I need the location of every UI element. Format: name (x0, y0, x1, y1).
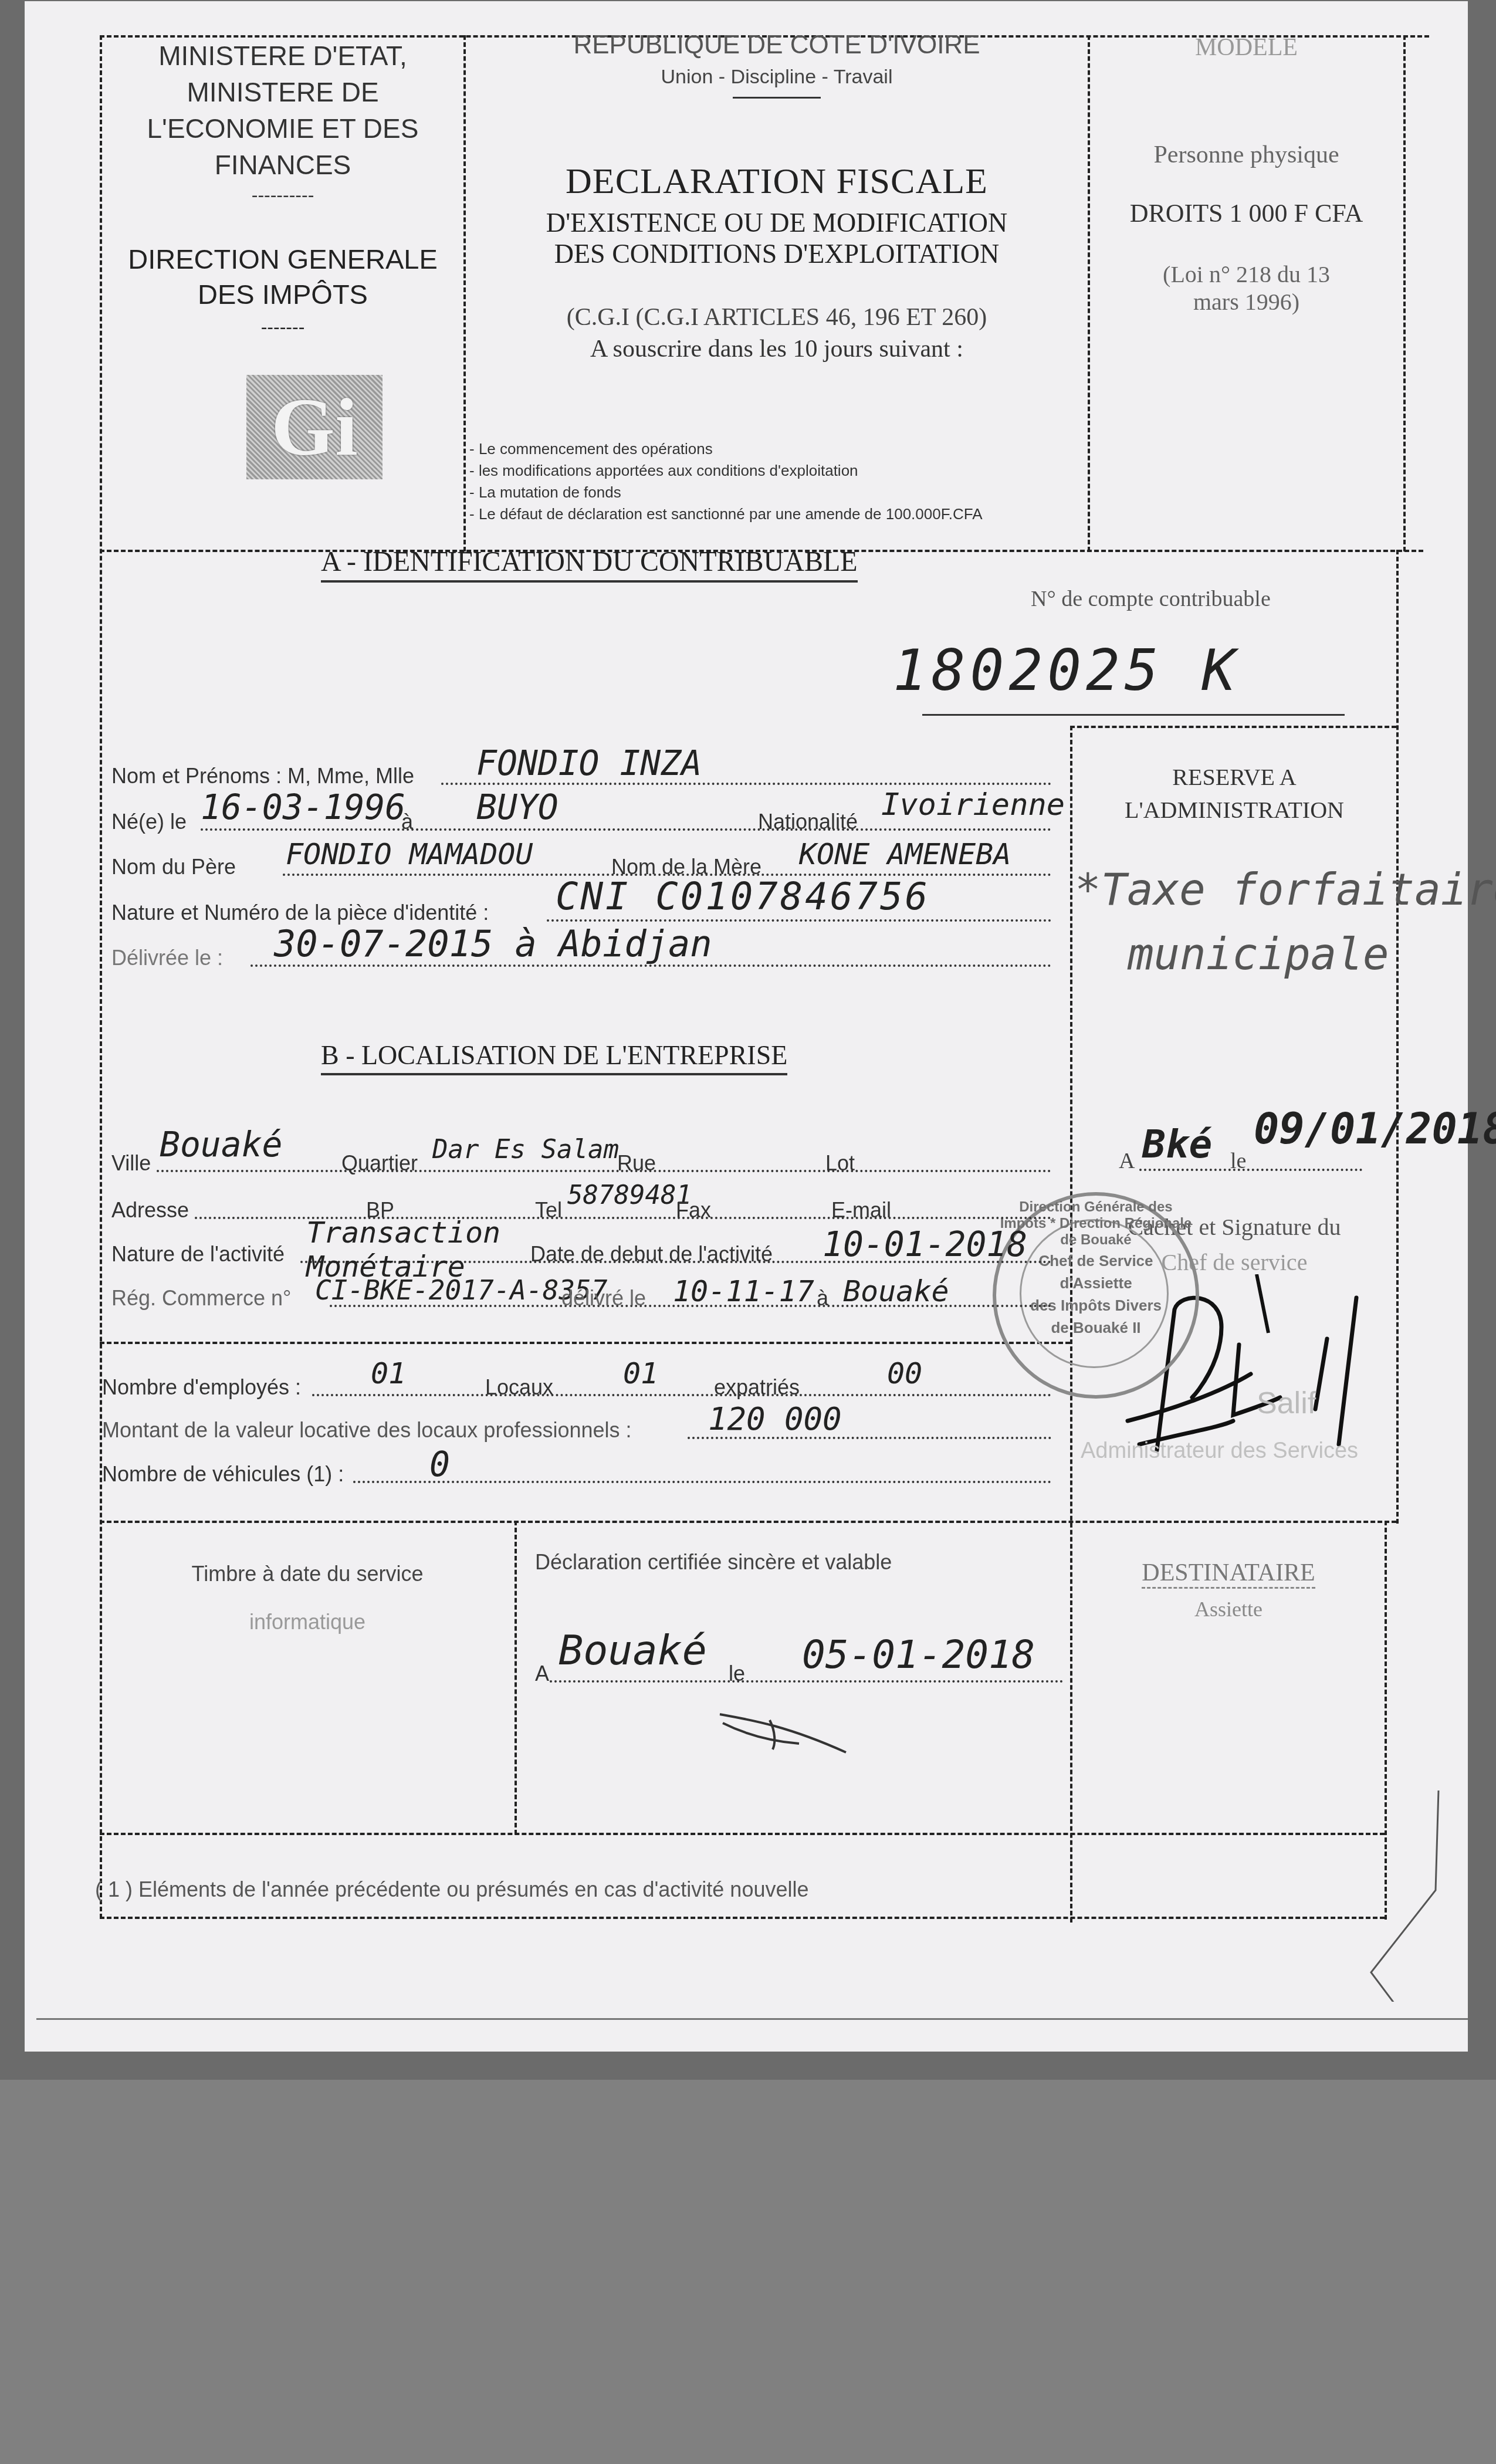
vehicles-field[interactable]: 0 (429, 1444, 450, 1484)
title-block: DECLARATION FISCALE D'EXISTENCE OU DE MO… (466, 161, 1088, 363)
stamp-line-4: de Bouaké II (1020, 1316, 1172, 1339)
signing-place-field[interactable]: Bouaké (559, 1626, 707, 1674)
footer-divider (515, 1521, 517, 1835)
date-stamp-box: Timbre à date du service informatique (102, 1550, 513, 1646)
rent-value-field[interactable]: 120 000 (708, 1400, 842, 1437)
vehicles-label: Nombre de véhicules (1) : (102, 1462, 344, 1487)
rc-issued-label: délivré le (561, 1286, 646, 1311)
address-label: Adresse (111, 1198, 189, 1223)
cgi-articles: (C.G.I (C.G.I ARTICLES 46, 196 ET 260) (466, 303, 1088, 331)
admin-note-line-2: municipale (1075, 922, 1496, 987)
signing-date-label: le (729, 1661, 745, 1686)
admin-date-label: le (1230, 1148, 1246, 1174)
date-stamp-label-1: Timbre à date du service (102, 1550, 513, 1598)
stamp-line-2: d'Assiette (1020, 1272, 1172, 1294)
rc-place-label: à (817, 1286, 828, 1311)
activity-line-1: Transaction (306, 1216, 500, 1250)
birth-date-label: Né(e) le (111, 810, 187, 834)
activity-field[interactable]: Transaction Monétaire (306, 1216, 500, 1284)
employees-label: Nombre d'employés : (102, 1375, 301, 1400)
fax-label: Fax (676, 1198, 711, 1223)
section-b-title: B - LOCALISATION DE L'ENTREPRISE (321, 1040, 787, 1075)
section-c-top (100, 1342, 1070, 1344)
nationality-label: Nationalité (758, 810, 858, 834)
filing-reasons-list: - Le commencement des opérations - les m… (469, 438, 1091, 525)
signing-dotted-line (550, 1680, 1063, 1683)
tel-label: Tel (535, 1198, 562, 1223)
person-type: Personne physique (1089, 141, 1403, 169)
id-issued-label: Délivrée le : (111, 946, 223, 970)
direction-line-2: DES IMPÔTS (104, 277, 462, 312)
street-label: Rue (617, 1151, 656, 1176)
account-number-value[interactable]: 1802025 K (893, 638, 1240, 703)
ministry-line-2: MINISTERE DE (104, 74, 462, 110)
name-field[interactable]: FONDIO INZA (476, 743, 702, 783)
law-reference-1: (Loi n° 218 du 13 (1089, 260, 1403, 288)
header-right-line (1403, 35, 1406, 551)
id-dotted-line (547, 919, 1051, 922)
admin-title-line-1: RESERVE A (1072, 761, 1396, 794)
form-subtitle-1: D'EXISTENCE OU DE MODIFICATION (466, 207, 1088, 238)
admin-box-title: RESERVE A L'ADMINISTRATION (1072, 761, 1396, 827)
expats-field[interactable]: 00 (887, 1356, 922, 1390)
admin-place-label: A (1119, 1148, 1135, 1174)
ministry-separator: ---------- (104, 183, 462, 207)
admin-date-field[interactable]: 09/01/2018 (1254, 1104, 1496, 1153)
official-stamp: Direction Générale des Impôts * Directio… (993, 1192, 1199, 1399)
employees-row-dotted-line (312, 1394, 1051, 1396)
rc-place-field[interactable]: Bouaké (843, 1274, 949, 1308)
account-number-label: N° de compte contribuable (1031, 586, 1271, 612)
trade-register-label: Rég. Commerce n° (111, 1286, 292, 1311)
father-name-label: Nom du Père (111, 855, 236, 879)
filing-deadline: A souscrire dans les 10 jours suivant : (466, 335, 1088, 363)
birth-dotted-line (201, 828, 1051, 831)
father-name-field[interactable]: FONDIO MAMADOU (286, 837, 533, 871)
birth-place-label: à (401, 810, 413, 834)
id-document-field[interactable]: CNI C0107846756 (556, 875, 930, 919)
admin-title-line-2: L'ADMINISTRATION (1072, 794, 1396, 827)
email-label: E-mail (831, 1198, 891, 1223)
fees-amount: DROITS 1 000 F CFA (1089, 198, 1403, 228)
admin-box-top (1070, 726, 1396, 728)
admin-place-dotted-line (1139, 1169, 1362, 1171)
admin-handwritten-note: *Taxe forfaitaire municipale (1075, 858, 1496, 987)
premises-label: Locaux (485, 1375, 553, 1400)
activity-label: Nature de l'activité (111, 1242, 285, 1267)
admin-place-field[interactable]: Bké (1142, 1122, 1212, 1167)
ministry-line-1: MINISTERE D'ETAT, (104, 38, 462, 74)
date-stamp-label-2: informatique (102, 1598, 513, 1646)
rent-value-label: Montant de la valeur locative des locaux… (102, 1418, 632, 1443)
district-field[interactable]: Dar Es Salam (432, 1135, 619, 1165)
direction-block: DIRECTION GENERALE DES IMPÔTS ------- (104, 242, 462, 341)
city-row-dotted-line (157, 1170, 1051, 1172)
filing-reason: - les modifications apportées aux condit… (469, 460, 1091, 482)
filing-reason: - La mutation de fonds (469, 482, 1091, 503)
motto-underline (733, 97, 821, 99)
city-field[interactable]: Bouaké (160, 1125, 283, 1165)
admin-faint-name: Salif (1257, 1386, 1316, 1421)
recipient-title: DESTINATAIRE (1142, 1559, 1315, 1589)
dgi-logo-text: Gi (271, 380, 358, 475)
ministry-block: MINISTERE D'ETAT, MINISTERE DE L'ECONOMI… (104, 38, 462, 207)
scan-edge-line (36, 2018, 1468, 2020)
republic-name: REPUBLIQUE DE COTE D'IVOIRE (466, 31, 1088, 60)
certification-label: Déclaration certifiée sincère et valable (535, 1550, 892, 1575)
signing-date-field[interactable]: 05-01-2018 (802, 1632, 1035, 1677)
recipient-value: Assiette (1070, 1597, 1387, 1622)
activity-start-field[interactable]: 10-01-2018 (823, 1224, 1027, 1264)
frame-right-line (1396, 550, 1399, 1524)
birth-date-field[interactable]: 16-03-1996 (201, 787, 405, 827)
section-a-title: A - IDENTIFICATION DU CONTRIBUABLE (321, 546, 858, 583)
republic-motto: Union - Discipline - Travail (466, 66, 1088, 89)
model-label: MODELE (1089, 33, 1403, 62)
id-issued-field[interactable]: 30-07-2015 à Abidjan (274, 922, 712, 965)
form-subtitle-2: DES CONDITIONS D'EXPLOITATION (466, 238, 1088, 269)
city-label: Ville (111, 1151, 151, 1176)
law-reference-2: mars 1996) (1089, 288, 1403, 316)
direction-separator: ------- (104, 312, 462, 341)
account-number-underline (922, 714, 1345, 716)
employees-field[interactable]: 01 (371, 1356, 406, 1390)
lot-label: Lot (825, 1151, 855, 1176)
direction-line-1: DIRECTION GENERALE (104, 242, 462, 277)
activity-start-label: Date de debut de l'activité (530, 1242, 773, 1267)
section-c-bottom (100, 1521, 1396, 1523)
ministry-line-4: FINANCES (104, 147, 462, 183)
mother-name-field[interactable]: KONE AMENEBA (799, 837, 1011, 871)
premises-field[interactable]: 01 (623, 1356, 658, 1390)
frame-bottom-line (100, 1917, 1385, 1919)
declarant-signature (717, 1708, 869, 1755)
filing-reason: - Le commencement des opérations (469, 438, 1091, 460)
admin-note-line-1: *Taxe forfaitaire (1075, 858, 1496, 922)
rc-issued-field[interactable]: 10-11-17 (673, 1274, 814, 1308)
signing-place-label: A (535, 1661, 549, 1686)
expats-label: expatriés (714, 1375, 800, 1400)
birth-place-field[interactable]: BUYO (476, 787, 559, 827)
admin-faint-title: Administrateur des Services (1081, 1439, 1358, 1464)
district-label: Quartier (341, 1151, 418, 1176)
nationality-field[interactable]: Ivoirienne (881, 787, 1065, 823)
id-document-label: Nature et Numéro de la pièce d'identité … (111, 901, 489, 925)
model-block: MODELE Personne physique DROITS 1 000 F … (1089, 33, 1403, 316)
dgi-logo: Gi (246, 375, 383, 479)
republic-block: REPUBLIQUE DE COTE D'IVOIRE Union - Disc… (466, 31, 1088, 99)
footnote: ( 1 ) Eléments de l'année précédente ou … (95, 1877, 808, 1902)
tax-declaration-page: MINISTERE D'ETAT, MINISTERE DE L'ECONOMI… (25, 1, 1468, 2052)
form-title: DECLARATION FISCALE (466, 161, 1088, 202)
tel-field[interactable]: 58789481 (567, 1180, 692, 1210)
ministry-line-3: L'ECONOMIE ET DES (104, 110, 462, 147)
filing-reason: - Le défaut de déclaration est sanctionn… (469, 503, 1091, 525)
footnote-top-line (100, 1833, 1385, 1835)
vehicles-dotted-line (353, 1481, 1051, 1483)
name-label: Nom et Prénoms : M, Mme, Mlle (111, 764, 414, 788)
recipient-block: DESTINATAIRE Assiette (1070, 1559, 1387, 1622)
pencil-mark (1339, 1791, 1444, 2002)
